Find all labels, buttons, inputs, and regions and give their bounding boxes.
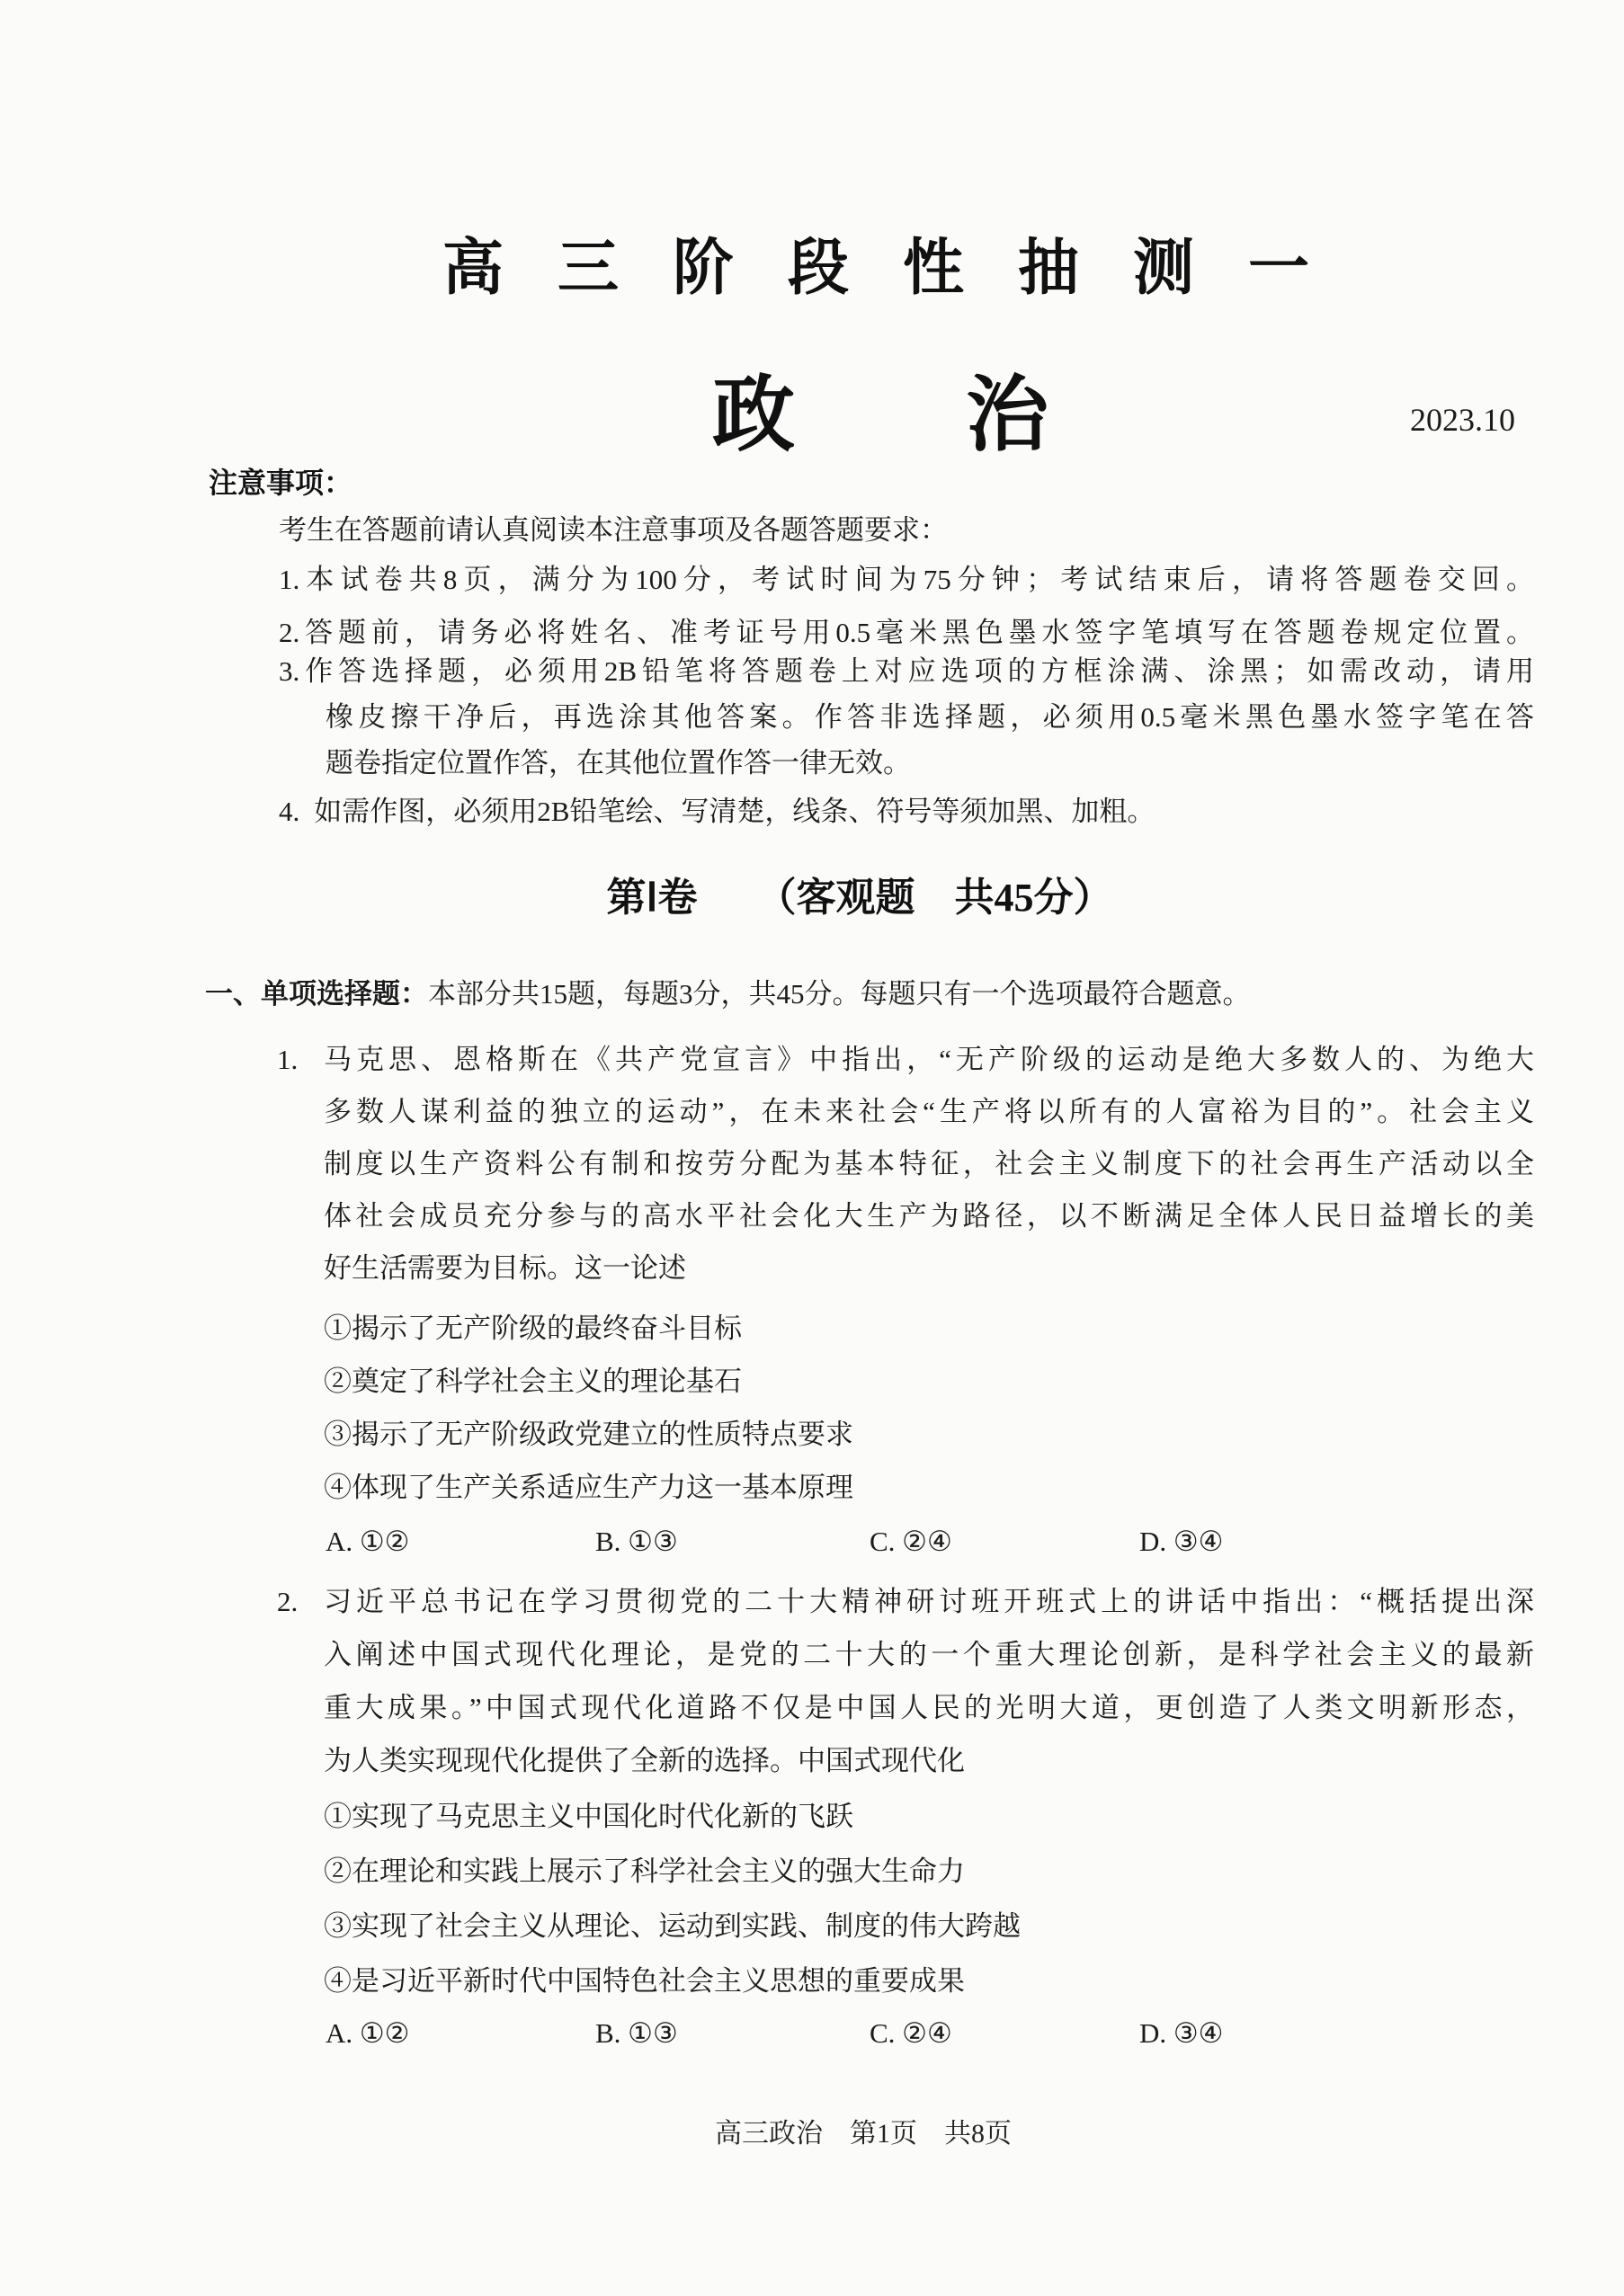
question-2-statement-1: ①实现了马克思主义中国化时代化新的飞跃: [324, 1789, 1021, 1844]
section-label: 一、单项选择题：: [205, 978, 428, 1010]
question-1-stem-line-5: 好生活需要为目标。这一论述: [324, 1242, 1534, 1295]
question-1-option-a: A. ①②: [326, 1524, 409, 1560]
notice-item-3-text-1: 作答选择题，必须用2B铅笔将答题卷上对应选项的方框涂满、涂黑；如需改动，请用: [299, 655, 1534, 687]
question-1-option-b: B. ①③: [595, 1524, 678, 1560]
exam-date: 2023.10: [1410, 401, 1515, 439]
page-title: 高三阶段性抽测一: [442, 219, 1363, 307]
question-2-statement-2: ②在理论和实践上展示了科学社会主义的强大生命力: [324, 1844, 1021, 1899]
notice-item-3-line-3: 题卷指定位置作答，在其他位置作答一律无效。: [326, 745, 911, 781]
question-2-stem: 习近平总书记在学习贯彻党的二十大精神研讨班开班式上的讲话中指出：“概括提出深 入…: [324, 1575, 1534, 1787]
section-desc: 本部分共15题，每题3分，共45分。每题只有一个选项最符合题意。: [428, 978, 1251, 1010]
question-1-statement-2: ②奠定了科学社会主义的理论基石: [324, 1355, 853, 1408]
question-1-stem-line-4: 体社会成员充分参与的高水平社会化大生产为路径，以不断满足全体人民日益增长的美: [324, 1190, 1534, 1242]
notice-item-1: 1.本试卷共8页，满分为100分，考试时间为75分钟；考试结束后，请将答题卷交回…: [279, 562, 1534, 598]
question-1-stem-line-3: 制度以生产资料公有制和按劳分配为基本特征，社会主义制度下的社会再生产活动以全: [324, 1138, 1534, 1190]
notice-item-4-text: 如需作图，必须用2B铅笔绘、写清楚，线条、符号等须加黑、加粗。: [314, 796, 1155, 827]
question-2-options: A. ①② B. ①③ C. ②④ D. ③④: [0, 2016, 1624, 2051]
notice-item-4: 4.如需作图，必须用2B铅笔绘、写清楚，线条、符号等须加黑、加粗。: [279, 794, 1155, 830]
notice-item-4-number: 4.: [279, 796, 299, 827]
subject-title: 政治: [712, 349, 1219, 467]
notice-item-3-line-1: 3.作答选择题，必须用2B铅笔将答题卷上对应选项的方框涂满、涂黑；如需改动，请用: [279, 654, 1534, 690]
question-2-statement-4: ④是习近平新时代中国特色社会主义思想的重要成果: [324, 1953, 1021, 2008]
question-1-option-c: C. ②④: [870, 1524, 952, 1560]
question-2-stem-line-2: 入阐述中国式现代化理论，是党的二十大的一个重大理论创新，是科学社会主义的最新: [324, 1628, 1534, 1681]
section-header: 一、单项选择题：本部分共15题，每题3分，共45分。每题只有一个选项最符合题意。: [205, 976, 1251, 1012]
question-2-statements: ①实现了马克思主义中国化时代化新的飞跃 ②在理论和实践上展示了科学社会主义的强大…: [324, 1789, 1021, 2008]
question-1-stem-line-2: 多数人谋利益的独立的运动”，在未来社会“生产将以所有的人富裕为目的”。社会主义: [324, 1086, 1534, 1138]
notice-intro: 考生在答题前请认真阅读本注意事项及各题答题要求：: [279, 512, 948, 548]
question-2-stem-line-3: 重大成果。”中国式现代化道路不仅是中国人民的光明大道，更创造了人类文明新形态，: [324, 1681, 1534, 1734]
notice-item-2: 2.答题前，请务必将姓名、准考证号用0.5毫米黑色墨水签字笔填写在答题卷规定位置…: [279, 615, 1534, 651]
notice-item-3-number: 3.: [279, 655, 299, 687]
question-1-option-d: D. ③④: [1139, 1524, 1223, 1560]
question-2-number: 2.: [277, 1575, 298, 1628]
question-1-stem: 马克思、恩格斯在《共产党宣言》中指出，“无产阶级的运动是绝大多数人的、为绝大 多…: [324, 1034, 1534, 1295]
question-1-statement-1: ①揭示了无产阶级的最终奋斗目标: [324, 1302, 853, 1355]
question-2-statement-3: ③实现了社会主义从理论、运动到实践、制度的伟大跨越: [324, 1899, 1021, 1953]
question-2-option-d: D. ③④: [1139, 2016, 1223, 2051]
question-1-number: 1.: [277, 1034, 298, 1086]
question-2-option-a: A. ①②: [326, 2016, 409, 2051]
question-1-statement-4: ④体现了生产关系适应生产力这一基本原理: [324, 1461, 853, 1514]
page-footer: 高三政治 第1页 共8页: [99, 2111, 1624, 2150]
notice-item-3-line-2: 橡皮擦干净后，再选涂其他答案。作答非选择题，必须用0.5毫米黑色墨水签字笔在答: [326, 699, 1534, 735]
question-2-stem-line-4: 为人类实现现代化提供了全新的选择。中国式现代化: [324, 1734, 1534, 1787]
question-2-option-c: C. ②④: [870, 2016, 952, 2051]
question-2-option-b: B. ①③: [595, 2016, 678, 2051]
question-1-statement-3: ③揭示了无产阶级政党建立的性质特点要求: [324, 1408, 853, 1461]
question-1-stem-line-1: 马克思、恩格斯在《共产党宣言》中指出，“无产阶级的运动是绝大多数人的、为绝大: [324, 1034, 1534, 1086]
notice-heading: 注意事项：: [209, 460, 352, 502]
notice-item-2-number: 2.: [279, 617, 299, 648]
notice-item-1-text: 本试卷共8页，满分为100分，考试时间为75分钟；考试结束后，请将答题卷交回。: [299, 564, 1534, 595]
notice-item-2-text: 答题前，请务必将姓名、准考证号用0.5毫米黑色墨水签字笔填写在答题卷规定位置。: [299, 617, 1534, 648]
question-2-stem-line-1: 习近平总书记在学习贯彻党的二十大精神研讨班开班式上的讲话中指出：“概括提出深: [324, 1575, 1534, 1628]
question-1-statements: ①揭示了无产阶级的最终奋斗目标 ②奠定了科学社会主义的理论基石 ③揭示了无产阶级…: [324, 1302, 853, 1514]
exam-paper-page: 高三阶段性抽测一 政治 2023.10 注意事项： 考生在答题前请认真阅读本注意…: [0, 0, 1624, 2296]
question-1-options: A. ①② B. ①③ C. ②④ D. ③④: [0, 1524, 1624, 1560]
notice-item-1-number: 1.: [279, 564, 299, 595]
part1-heading: 第Ⅰ卷 （客观题 共45分）: [95, 865, 1624, 922]
